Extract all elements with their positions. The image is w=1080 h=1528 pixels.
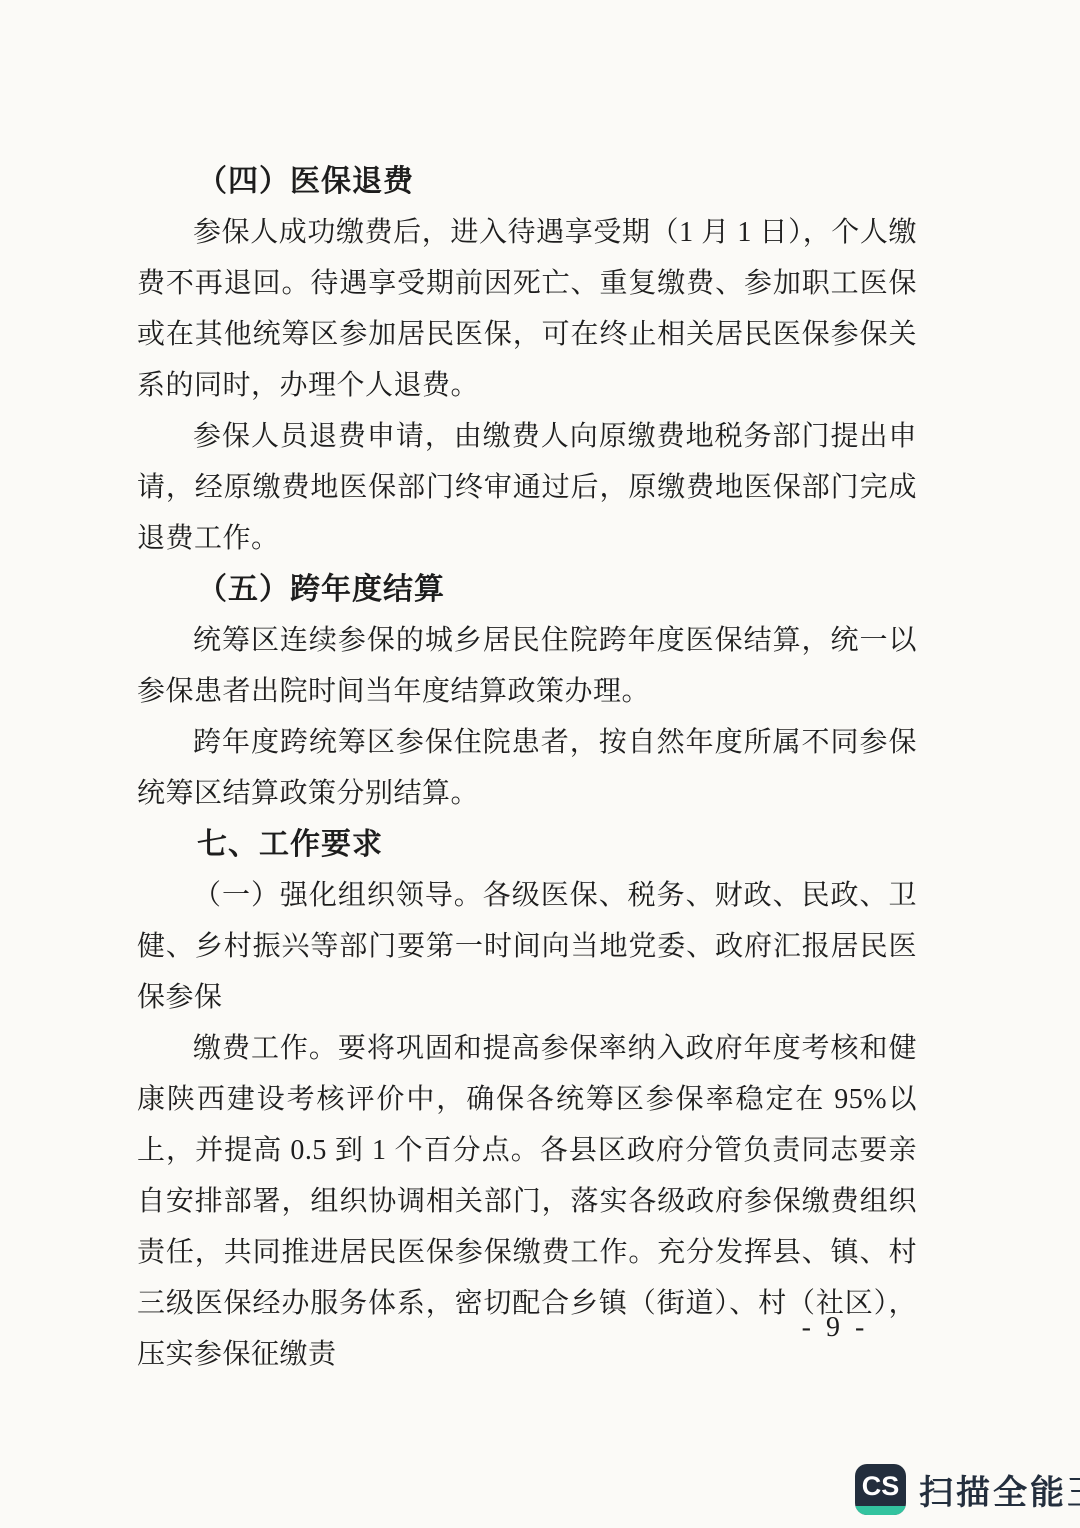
camscanner-logo-letters: CS <box>862 1473 900 1500</box>
section-heading: （四）医保退费 <box>137 156 917 207</box>
paragraph: （一）强化组织领导。各级医保、税务、财政、民政、卫健、乡村振兴等部门要第一时间向… <box>137 870 917 1023</box>
document-body: （四）医保退费参保人成功缴费后，进入待遇享受期（1 月 1 日），个人缴费不再退… <box>137 156 917 1380</box>
page-number: - 9 - <box>770 1312 900 1344</box>
camscanner-label: 扫描全能王 <box>919 1465 1080 1514</box>
section-heading: （五）跨年度结算 <box>137 564 917 615</box>
scanned-document-page: （四）医保退费参保人成功缴费后，进入待遇享受期（1 月 1 日），个人缴费不再退… <box>0 0 1080 1528</box>
camscanner-logo-strip <box>855 1506 906 1515</box>
section-heading: 七、工作要求 <box>137 819 917 870</box>
camscanner-logo-icon: CS <box>855 1464 906 1515</box>
camscanner-watermark: CS 扫描全能王 <box>855 1464 1080 1515</box>
paragraph: 参保人成功缴费后，进入待遇享受期（1 月 1 日），个人缴费不再退回。待遇享受期… <box>137 207 917 411</box>
paragraph: 参保人员退费申请，由缴费人向原缴费地税务部门提出申请，经原缴费地医保部门终审通过… <box>137 411 917 564</box>
paragraph: 跨年度跨统筹区参保住院患者，按自然年度所属不同参保统筹区结算政策分别结算。 <box>137 717 917 819</box>
paragraph: 统筹区连续参保的城乡居民住院跨年度医保结算，统一以参保患者出院时间当年度结算政策… <box>137 615 917 717</box>
